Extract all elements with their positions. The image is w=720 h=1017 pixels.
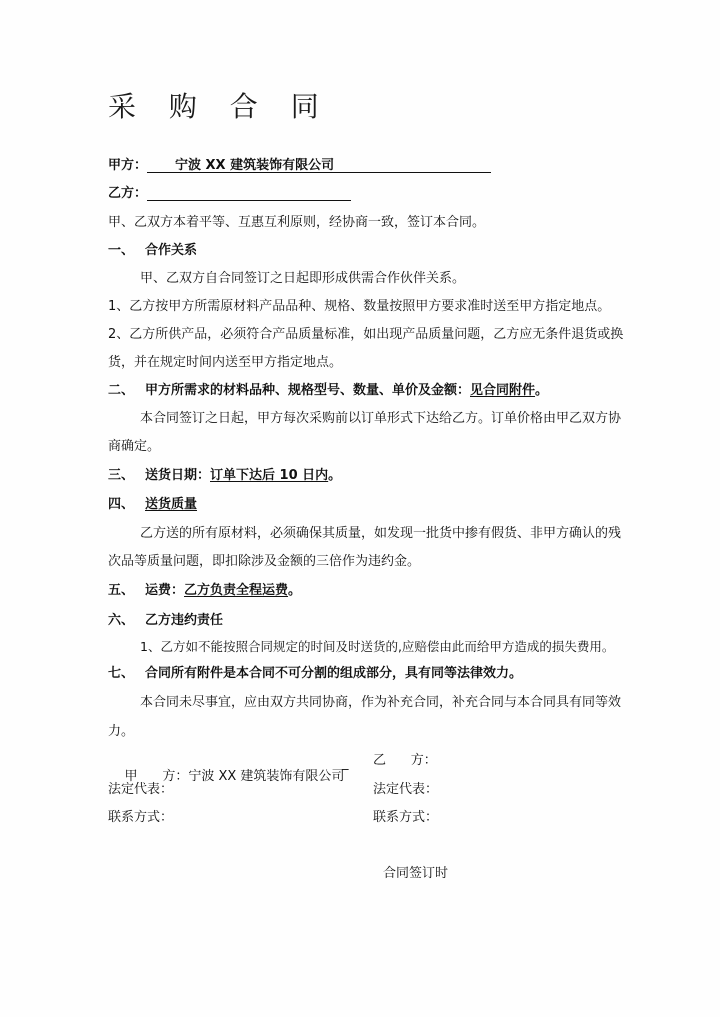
section-2-para-2: 商确定。 xyxy=(108,439,160,455)
section-heading-4: 四、送货质量 xyxy=(108,497,197,513)
delivery-date-value: 订单下达后 10 日内 xyxy=(210,468,328,483)
sign-party-a-value: 宁波 XX 建筑装饰有限公司 xyxy=(188,769,344,784)
sign-contact-a-label: 联系方式： xyxy=(108,810,173,826)
party-b-label: 乙方： xyxy=(108,186,147,201)
sign-dash: _ xyxy=(342,756,349,772)
section-4-para-1: 乙方送的所有原材料，必须确保其质量，如发现一批货中掺有假货、非甲方确认的残 xyxy=(140,526,621,542)
party-b-line: 乙方： xyxy=(108,186,147,202)
section-heading-1: 一、合作关系 xyxy=(108,243,197,259)
intro-paragraph: 甲、乙双方本着平等、互惠互利原则，经协商一致，签订本合同。 xyxy=(108,215,485,231)
attachment-link: 见合同附件 xyxy=(470,383,535,398)
party-a-value: 宁波 XX 建筑装饰有限公司 xyxy=(175,158,334,174)
document-page: 采 购 合 同 甲方： 宁波 XX 建筑装饰有限公司 乙方： 甲、乙双方本着平等… xyxy=(0,0,720,1017)
section-4-para-2: 次品等质量问题，即扣除涉及金额的三倍作为违约金。 xyxy=(108,554,420,570)
sign-party-b-label: 乙 方： xyxy=(373,753,437,769)
section-heading-7: 七、合同所有附件是本合同不可分割的组成部分，具有同等法律效力。 xyxy=(108,666,522,682)
party-b-underline xyxy=(147,200,351,201)
section-1-para-3: 2、乙方所供产品，必须符合产品质量标准，如出现产品质量问题，乙方应无条件退货或换 xyxy=(108,327,623,343)
section-1-para-4: 货，并在规定时间内送至甲方指定地点。 xyxy=(108,355,342,371)
section-heading-6: 六、乙方违约责任 xyxy=(108,613,223,629)
signing-time-label: 合同签订时 xyxy=(383,866,448,882)
section-2-para-1: 本合同签订之日起，甲方每次采购前以订单形式下达给乙方。订单价格由甲乙双方协 xyxy=(140,411,621,427)
sign-rep-b-label: 法定代表： xyxy=(373,782,438,798)
section-heading-3: 三、送货日期：订单下达后 10 日内。 xyxy=(108,468,341,484)
party-a-label: 甲方： xyxy=(108,158,147,173)
section-1-para-2: 1、乙方按甲方所需原材料产品品种、规格、数量按照甲方要求准时送至甲方指定地点。 xyxy=(108,299,610,315)
document-title: 采 购 合 同 xyxy=(108,90,331,124)
sign-rep-a-label: 法定代表： xyxy=(108,782,173,798)
section-heading-2: 二、甲方所需求的材料品种、规格型号、数量、单价及金额：见合同附件。 xyxy=(108,383,548,399)
section-1-para-1: 甲、乙双方自合同签订之日起即形成供需合作伙伴关系。 xyxy=(140,271,465,287)
section-7-para-2: 力。 xyxy=(108,724,134,740)
freight-value: 乙方负责全程运费 xyxy=(184,583,288,598)
section-heading-5: 五、运费：乙方负责全程运费。 xyxy=(108,583,301,599)
sign-contact-b-label: 联系方式： xyxy=(373,810,438,826)
section-7-para-1: 本合同未尽事宜，应由双方共同协商，作为补充合同，补充合同与本合同具有同等效 xyxy=(140,695,621,711)
party-a-line: 甲方： xyxy=(108,158,147,174)
section-6-para-1: 1、乙方如不能按照合同规定的时间及时送货的,应赔偿由此而给甲方造成的损失费用。 xyxy=(140,639,614,655)
